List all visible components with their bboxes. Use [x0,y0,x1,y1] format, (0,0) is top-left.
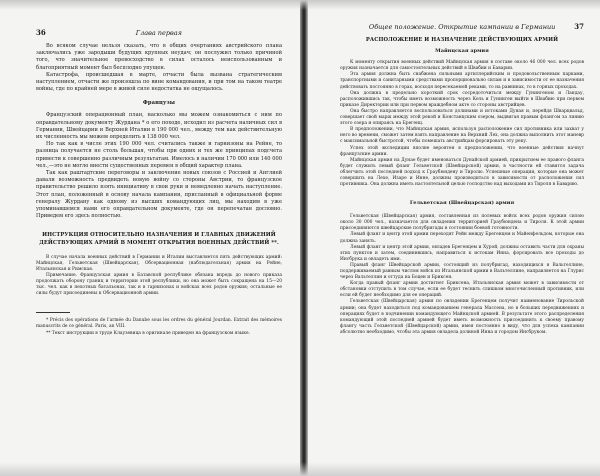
main-heading: РАСПОЛОЖЕНИЕ И НАЗНАЧЕНИЕ ДЕЙСТВУЮЩИХ АР… [340,37,584,44]
paragraph: Она быстро направляется воспользоваться … [340,109,584,127]
footnote: * Précis des opérations de l'armée du Da… [36,318,282,330]
paragraph: Так как раштадтские переговоры и заключе… [36,170,282,220]
instruction-body: В случае начала военных действий в Герма… [36,255,282,298]
running-title: Общее положение. Открытие кампании в Гер… [350,23,574,31]
page-number: 37 [574,22,584,31]
paragraph: Левый фланг и центр этой армии, овладев … [340,245,584,263]
paragraph: Французский операционный план, насколько… [36,112,282,141]
scan-shadow-top [0,0,600,10]
left-page: 36 Глава первая Во всяком случае нельзя … [0,0,300,476]
page-number: 36 [36,28,46,37]
paragraph: Когда правый фланг армии достигнет Брикс… [340,281,584,299]
paragraph: В случае начала военных действий в Герма… [36,255,282,273]
paragraph: Она должна в предельно короткий срок сос… [340,91,584,109]
left-running-head: 36 Глава первая [36,28,282,37]
subheading-mainz-army: Майнцская армия [340,48,584,54]
paragraph: К моменту открытия военных действий Майн… [340,60,584,72]
right-page: Общее положение. Открытие кампании в Гер… [300,0,600,476]
paragraph: Гельветская (Швейцарская) армия по овлад… [340,299,584,336]
footnotes: * Précis des opérations de l'armée du Da… [36,318,282,336]
paragraph: Примечание. Французская армия в Батавско… [36,273,282,297]
footnote-divider [36,312,70,313]
running-title: Глава первая [46,29,272,37]
scan-shadow-bottom [0,462,600,476]
book-gutter [300,0,308,476]
paragraph: Гельветская (Швейцарская) армия, составл… [340,214,584,232]
paragraph: Майнцская армия на Дунае будет именовать… [340,158,584,188]
book-spread: 36 Глава первая Во всяком случае нельзя … [0,0,600,476]
paragraph: Во всяком случае нельзя сказать, что в о… [36,43,282,72]
mainz-army-body: К моменту открытия военных действий Майн… [340,60,584,188]
instruction-heading: ИНСТРУКЦИЯ ОТНОСИТЕЛЬНО НАЗНАЧЕНИЯ И ГЛА… [36,232,282,246]
right-running-head: Общее положение. Открытие кампании в Гер… [340,22,584,31]
paragraph: Левый фланг и центр этой армии переходят… [340,232,584,244]
paragraph: В предположении, что Майнцская армия, ис… [340,127,584,145]
paragraph: Правый фланг Швейцарской армии, состоящи… [340,263,584,281]
subheading-helvetic-army: Гельветская (Швейцарская) армия [340,200,584,206]
paragraph: Эта армия должна быть снабжена сильными … [340,72,584,90]
paragraph: Но так как в числе этих 190 000 чел. счи… [36,141,282,170]
paragraph: Успех этой экспедиции вполне вероятен в … [340,146,584,158]
section-heading: Французы [36,100,282,106]
helvetic-army-body: Гельветская (Швейцарская) армия, составл… [340,214,584,336]
footnote: ** Текст инструкции в труде Клаузевица в… [36,331,282,337]
paragraph: Катастрофа, происшедшая в марте, отчасти… [36,72,282,94]
